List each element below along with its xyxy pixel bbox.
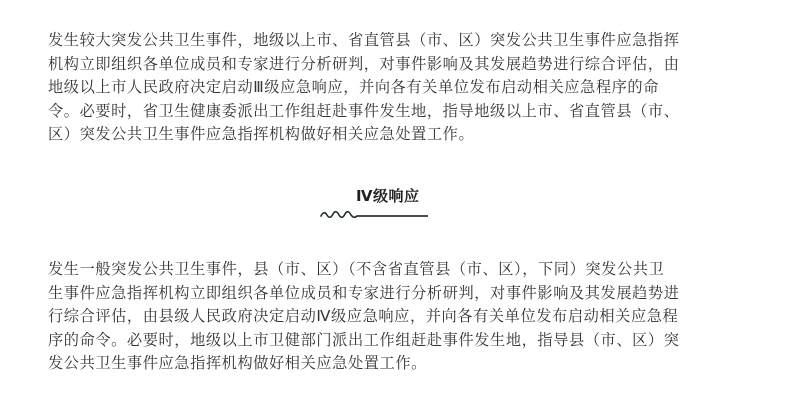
paragraph-line: 区）突发公共卫生事件应急指挥机构做好相关应急处置工作。 [48,123,738,147]
paragraph-level-iv-response: 发生一般突发公共卫生事件，县（市、区）（不含省直管县（市、区），下同）突发公共卫… [48,258,738,376]
paragraph-line: 机构立即组织各单位成员和专家进行分析研判，对事件影响及其发展趋势进行综合评估，由 [48,53,738,77]
paragraph-line: 行综合评估，由县级人民政府决定启动Ⅳ级应急响应，并向各有关单位发布启动相关应急程 [48,305,738,329]
paragraph-line: 发生较大突发公共卫生事件，地级以上市、省直管县（市、区）突发公共卫生事件应急指挥 [48,29,738,53]
paragraph-line: 发公共卫生事件应急指挥机构做好相关应急处置工作。 [48,352,738,376]
wave-underline-icon [320,209,430,219]
paragraph-line: 生事件应急指挥机构立即组织各单位成员和专家进行分析研判，对事件影响及其发展趋势进 [48,282,738,306]
paragraph-line: 序的命令。必要时，地级以上市卫健部门派出工作组赶赴事件发生地，指导县（市、区）突 [48,329,738,353]
paragraph-line: 发生一般突发公共卫生事件，县（市、区）（不含省直管县（市、区），下同）突发公共卫 [48,258,738,282]
heading-title: Ⅳ级响应 [356,185,419,206]
paragraph-line: 令。必要时，省卫生健康委派出工作组赶赴事件发生地，指导地级以上市、省直管县（市、 [48,100,738,124]
paragraph-line: 地级以上市人民政府决定启动Ⅲ级应急响应，并向各有关单位发布启动相关应急程序的命 [48,76,738,100]
section-heading: Ⅳ级响应 [320,183,430,223]
paragraph-level-iii-response: 发生较大突发公共卫生事件，地级以上市、省直管县（市、区）突发公共卫生事件应急指挥… [48,29,738,147]
